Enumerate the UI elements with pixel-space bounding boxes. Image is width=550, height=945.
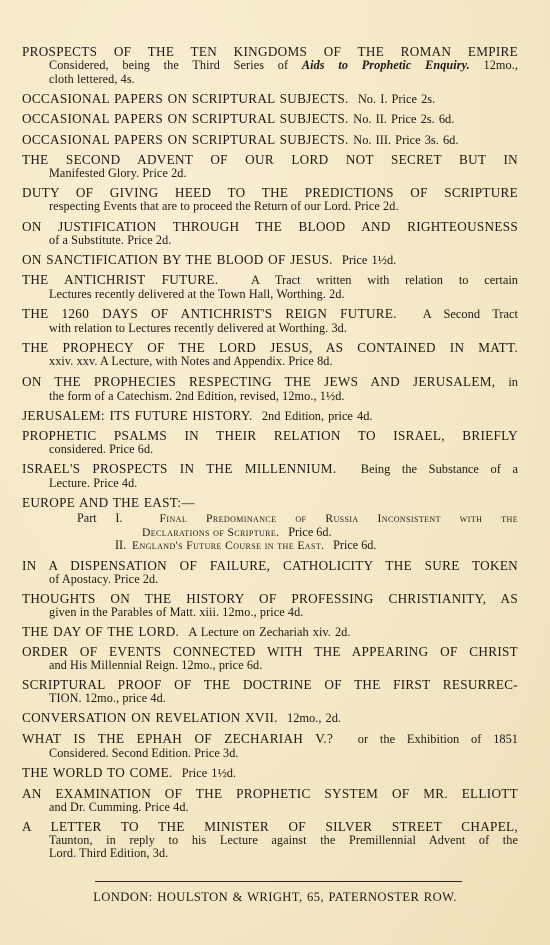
publisher-imprint: LONDON: HOULSTON & WRIGHT, 65, PATERNOST… <box>0 890 550 905</box>
catalogue-entry: SCRIPTURAL PROOF OF THE DOCTRINE OF THE … <box>22 677 518 706</box>
entry-description: of a Substitute. Price 2d. <box>22 234 518 248</box>
entry-title: ON SANCTIFICATION BY THE BLOOD OF JESUS.… <box>22 252 518 268</box>
entry-title: THE PROPHECY OF THE LORD JESUS, AS CONTA… <box>22 340 518 355</box>
entry-title: PROSPECTS OF THE TEN KINGDOMS OF THE ROM… <box>22 44 518 59</box>
series-title: Aids to Prophetic Enquiry. <box>302 58 470 72</box>
part-1-continued: Declarations of Scripture. Price 6d. <box>22 526 518 540</box>
catalogue-entry-europe: EUROPE AND THE EAST:— Part I. Final Pred… <box>22 495 518 553</box>
part-2: II. England's Future Course in the East.… <box>22 539 518 553</box>
catalogue-entry: THOUGHTS ON THE HISTORY OF PROFESSING CH… <box>22 591 518 620</box>
entry-title: THE ANTICHRIST FUTURE. A Tract written w… <box>22 272 518 288</box>
catalogue-entry: PROPHETIC PSALMS IN THEIR RELATION TO IS… <box>22 428 518 457</box>
catalogue-entry: ON JUSTIFICATION THROUGH THE BLOOD AND R… <box>22 219 518 248</box>
catalogue-entry: ON THE PROPHECIES RESPECTING THE JEWS AN… <box>22 374 518 404</box>
entry-title: ISRAEL'S PROSPECTS IN THE MILLENNIUM. Be… <box>22 461 518 477</box>
catalogue-entry: CONVERSATION ON REVELATION XVII. 12mo., … <box>22 710 518 726</box>
catalogue-entry: IN A DISPENSATION OF FAILURE, CATHOLICIT… <box>22 558 518 587</box>
entry-title: DUTY OF GIVING HEED TO THE PREDICTIONS O… <box>22 185 518 200</box>
entry-title: ORDER OF EVENTS CONNECTED WITH THE APPEA… <box>22 644 518 659</box>
entry-description: Considered, being the Third Series of Ai… <box>22 59 518 73</box>
entry-title: EUROPE AND THE EAST:— <box>22 495 518 510</box>
entry-description: and Dr. Cumming. Price 4d. <box>22 801 518 815</box>
entry-title: OCCASIONAL PAPERS ON SCRIPTURAL SUBJECTS… <box>22 132 518 148</box>
entry-description: respecting Events that are to proceed th… <box>22 200 518 214</box>
entry-title: THE SECOND ADVENT OF OUR LORD NOT SECRET… <box>22 152 518 167</box>
catalogue-entry: A LETTER TO THE MINISTER OF SILVER STREE… <box>22 819 518 861</box>
entry-title: THOUGHTS ON THE HISTORY OF PROFESSING CH… <box>22 591 518 606</box>
entry-description: TION. 12mo., price 4d. <box>22 692 518 706</box>
catalogue-entry: PROSPECTS OF THE TEN KINGDOMS OF THE ROM… <box>22 44 518 86</box>
catalogue-entry: OCCASIONAL PAPERS ON SCRIPTURAL SUBJECTS… <box>22 111 518 127</box>
entry-title: IN A DISPENSATION OF FAILURE, CATHOLICIT… <box>22 558 518 573</box>
entry-description: xxiv. xxv. A Lecture, with Notes and App… <box>22 355 518 369</box>
entry-description: and His Millennial Reign. 12mo., price 6… <box>22 659 518 673</box>
entry-title: A LETTER TO THE MINISTER OF SILVER STREE… <box>22 819 518 834</box>
catalogue-list: PROSPECTS OF THE TEN KINGDOMS OF THE ROM… <box>22 44 518 865</box>
catalogue-entry: DUTY OF GIVING HEED TO THE PREDICTIONS O… <box>22 185 518 214</box>
entry-description: Taunton, in reply to his Lecture against… <box>22 834 518 848</box>
entry-title: WHAT IS THE EPHAH OF ZECHARIAH V.? or th… <box>22 731 518 747</box>
catalogue-entry: OCCASIONAL PAPERS ON SCRIPTURAL SUBJECTS… <box>22 132 518 148</box>
footer-divider <box>95 881 462 882</box>
catalogue-entry: OCCASIONAL PAPERS ON SCRIPTURAL SUBJECTS… <box>22 91 518 107</box>
entry-title: CONVERSATION ON REVELATION XVII. 12mo., … <box>22 710 518 726</box>
entry-description: Lord. Third Edition, 3d. <box>22 847 518 861</box>
entry-description: the form of a Catechism. 2nd Edition, re… <box>22 390 518 404</box>
catalogue-entry: THE DAY OF THE LORD. A Lecture on Zechar… <box>22 624 518 640</box>
entry-title: OCCASIONAL PAPERS ON SCRIPTURAL SUBJECTS… <box>22 91 518 107</box>
catalogue-entry: THE PROPHECY OF THE LORD JESUS, AS CONTA… <box>22 340 518 369</box>
catalogue-entry: THE SECOND ADVENT OF OUR LORD NOT SECRET… <box>22 152 518 181</box>
part-1: Part I. Final Predominance of Russia Inc… <box>22 512 518 526</box>
entry-title: THE DAY OF THE LORD. A Lecture on Zechar… <box>22 624 518 640</box>
catalogue-entry: JERUSALEM: ITS FUTURE HISTORY. 2nd Editi… <box>22 408 518 424</box>
entry-description: of Apostacy. Price 2d. <box>22 573 518 587</box>
catalogue-entry: ON SANCTIFICATION BY THE BLOOD OF JESUS.… <box>22 252 518 268</box>
catalogue-entry: THE WORLD TO COME. Price 1½d. <box>22 765 518 781</box>
catalogue-entry: WHAT IS THE EPHAH OF ZECHARIAH V.? or th… <box>22 731 518 761</box>
entry-title: AN EXAMINATION OF THE PROPHETIC SYSTEM O… <box>22 786 518 801</box>
entry-description: given in the Parables of Matt. xiii. 12m… <box>22 606 518 620</box>
entry-title: SCRIPTURAL PROOF OF THE DOCTRINE OF THE … <box>22 677 518 692</box>
catalogue-entry: ISRAEL'S PROSPECTS IN THE MILLENNIUM. Be… <box>22 461 518 491</box>
entry-description: Manifested Glory. Price 2d. <box>22 167 518 181</box>
entry-title: THE WORLD TO COME. Price 1½d. <box>22 765 518 781</box>
entry-title: JERUSALEM: ITS FUTURE HISTORY. 2nd Editi… <box>22 408 518 424</box>
catalogue-entry: THE ANTICHRIST FUTURE. A Tract written w… <box>22 272 518 302</box>
entry-title: THE 1260 DAYS OF ANTICHRIST'S REIGN FUTU… <box>22 306 518 322</box>
entry-title: ON THE PROPHECIES RESPECTING THE JEWS AN… <box>22 374 518 390</box>
entry-description: Considered. Second Edition. Price 3d. <box>22 747 518 761</box>
entry-description: Lecture. Price 4d. <box>22 477 518 491</box>
entry-title: PROPHETIC PSALMS IN THEIR RELATION TO IS… <box>22 428 518 443</box>
entry-description: considered. Price 6d. <box>22 443 518 457</box>
catalogue-entry: THE 1260 DAYS OF ANTICHRIST'S REIGN FUTU… <box>22 306 518 336</box>
entry-description: with relation to Lectures recently deliv… <box>22 322 518 336</box>
entry-description: cloth lettered, 4s. <box>22 73 518 87</box>
entry-title: OCCASIONAL PAPERS ON SCRIPTURAL SUBJECTS… <box>22 111 518 127</box>
europe-parts: Part I. Final Predominance of Russia Inc… <box>22 510 518 553</box>
entry-title: ON JUSTIFICATION THROUGH THE BLOOD AND R… <box>22 219 518 234</box>
entry-description: Lectures recently delivered at the Town … <box>22 288 518 302</box>
catalogue-entry: ORDER OF EVENTS CONNECTED WITH THE APPEA… <box>22 644 518 673</box>
catalogue-entry: AN EXAMINATION OF THE PROPHETIC SYSTEM O… <box>22 786 518 815</box>
